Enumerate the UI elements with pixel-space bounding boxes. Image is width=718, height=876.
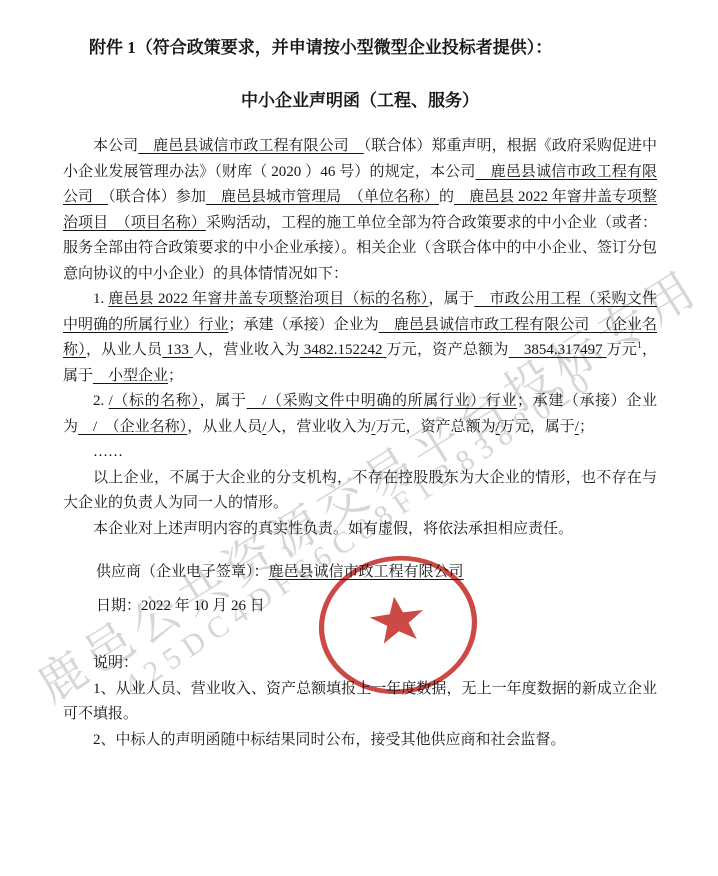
ellipsis-line: …… <box>63 440 657 466</box>
no-branch-paragraph: 以上企业，不属于大企业的分支机构，不存在控股股东为大企业的情形，也不存在与大企业… <box>63 466 657 517</box>
declaration-paragraph: 本公司 鹿邑县诚信市政工程有限公司 （联合体）郑重声明，根据《政府采购促进中小企… <box>63 134 657 287</box>
supplier-signature-line: 供应商（企业电子签章）：鹿邑县诚信市政工程有限公司 <box>63 560 657 586</box>
note-2: 2、中标人的声明函随中标结果同时公布，接受其他供应商和社会监督。 <box>63 728 657 754</box>
supplier-label: 供应商（企业电子签章）： <box>96 564 269 580</box>
supplier-name: 鹿邑县诚信市政工程有限公司 <box>269 564 464 580</box>
declaration-body: 本公司 鹿邑县诚信市政工程有限公司 （联合体）郑重声明，根据《政府采购促进中小企… <box>63 134 657 542</box>
date-line: 日期：2022 年 10 月 26 日 <box>63 594 657 620</box>
responsibility-paragraph: 本企业对上述声明内容的真实性负责。如有虚假，将依法承担相应责任。 <box>63 517 657 543</box>
attachment-heading: 附件 1（符合政策要求，并申请按小型微型企业投标者提供）： <box>89 34 657 61</box>
notes-heading: 说明： <box>63 651 657 677</box>
document-page: 鹿邑公共资源交易平台投标专用 425DC4DF66C88F1B8388020 附… <box>0 0 718 876</box>
item-1-paragraph: 1. 鹿邑县 2022 年窨井盖专项整治项目（标的名称），属于 市政公用工程（采… <box>63 287 657 389</box>
document-title: 中小企业声明函（工程、服务） <box>63 87 657 114</box>
notes-block: 说明： 1、从业人员、营业收入、资产总额填报上一年度数据，无上一年度数据的新成立… <box>63 651 657 753</box>
note-1: 1、从业人员、营业收入、资产总额填报上一年度数据，无上一年度数据的新成立企业可不… <box>63 677 657 728</box>
item-2-paragraph: 2. /（标的名称），属于 /（采购文件中明确的所属行业）行业；承建（承接）企业… <box>63 389 657 440</box>
document-content: 附件 1（符合政策要求，并申请按小型微型企业投标者提供）： 中小企业声明函（工程… <box>63 34 657 753</box>
